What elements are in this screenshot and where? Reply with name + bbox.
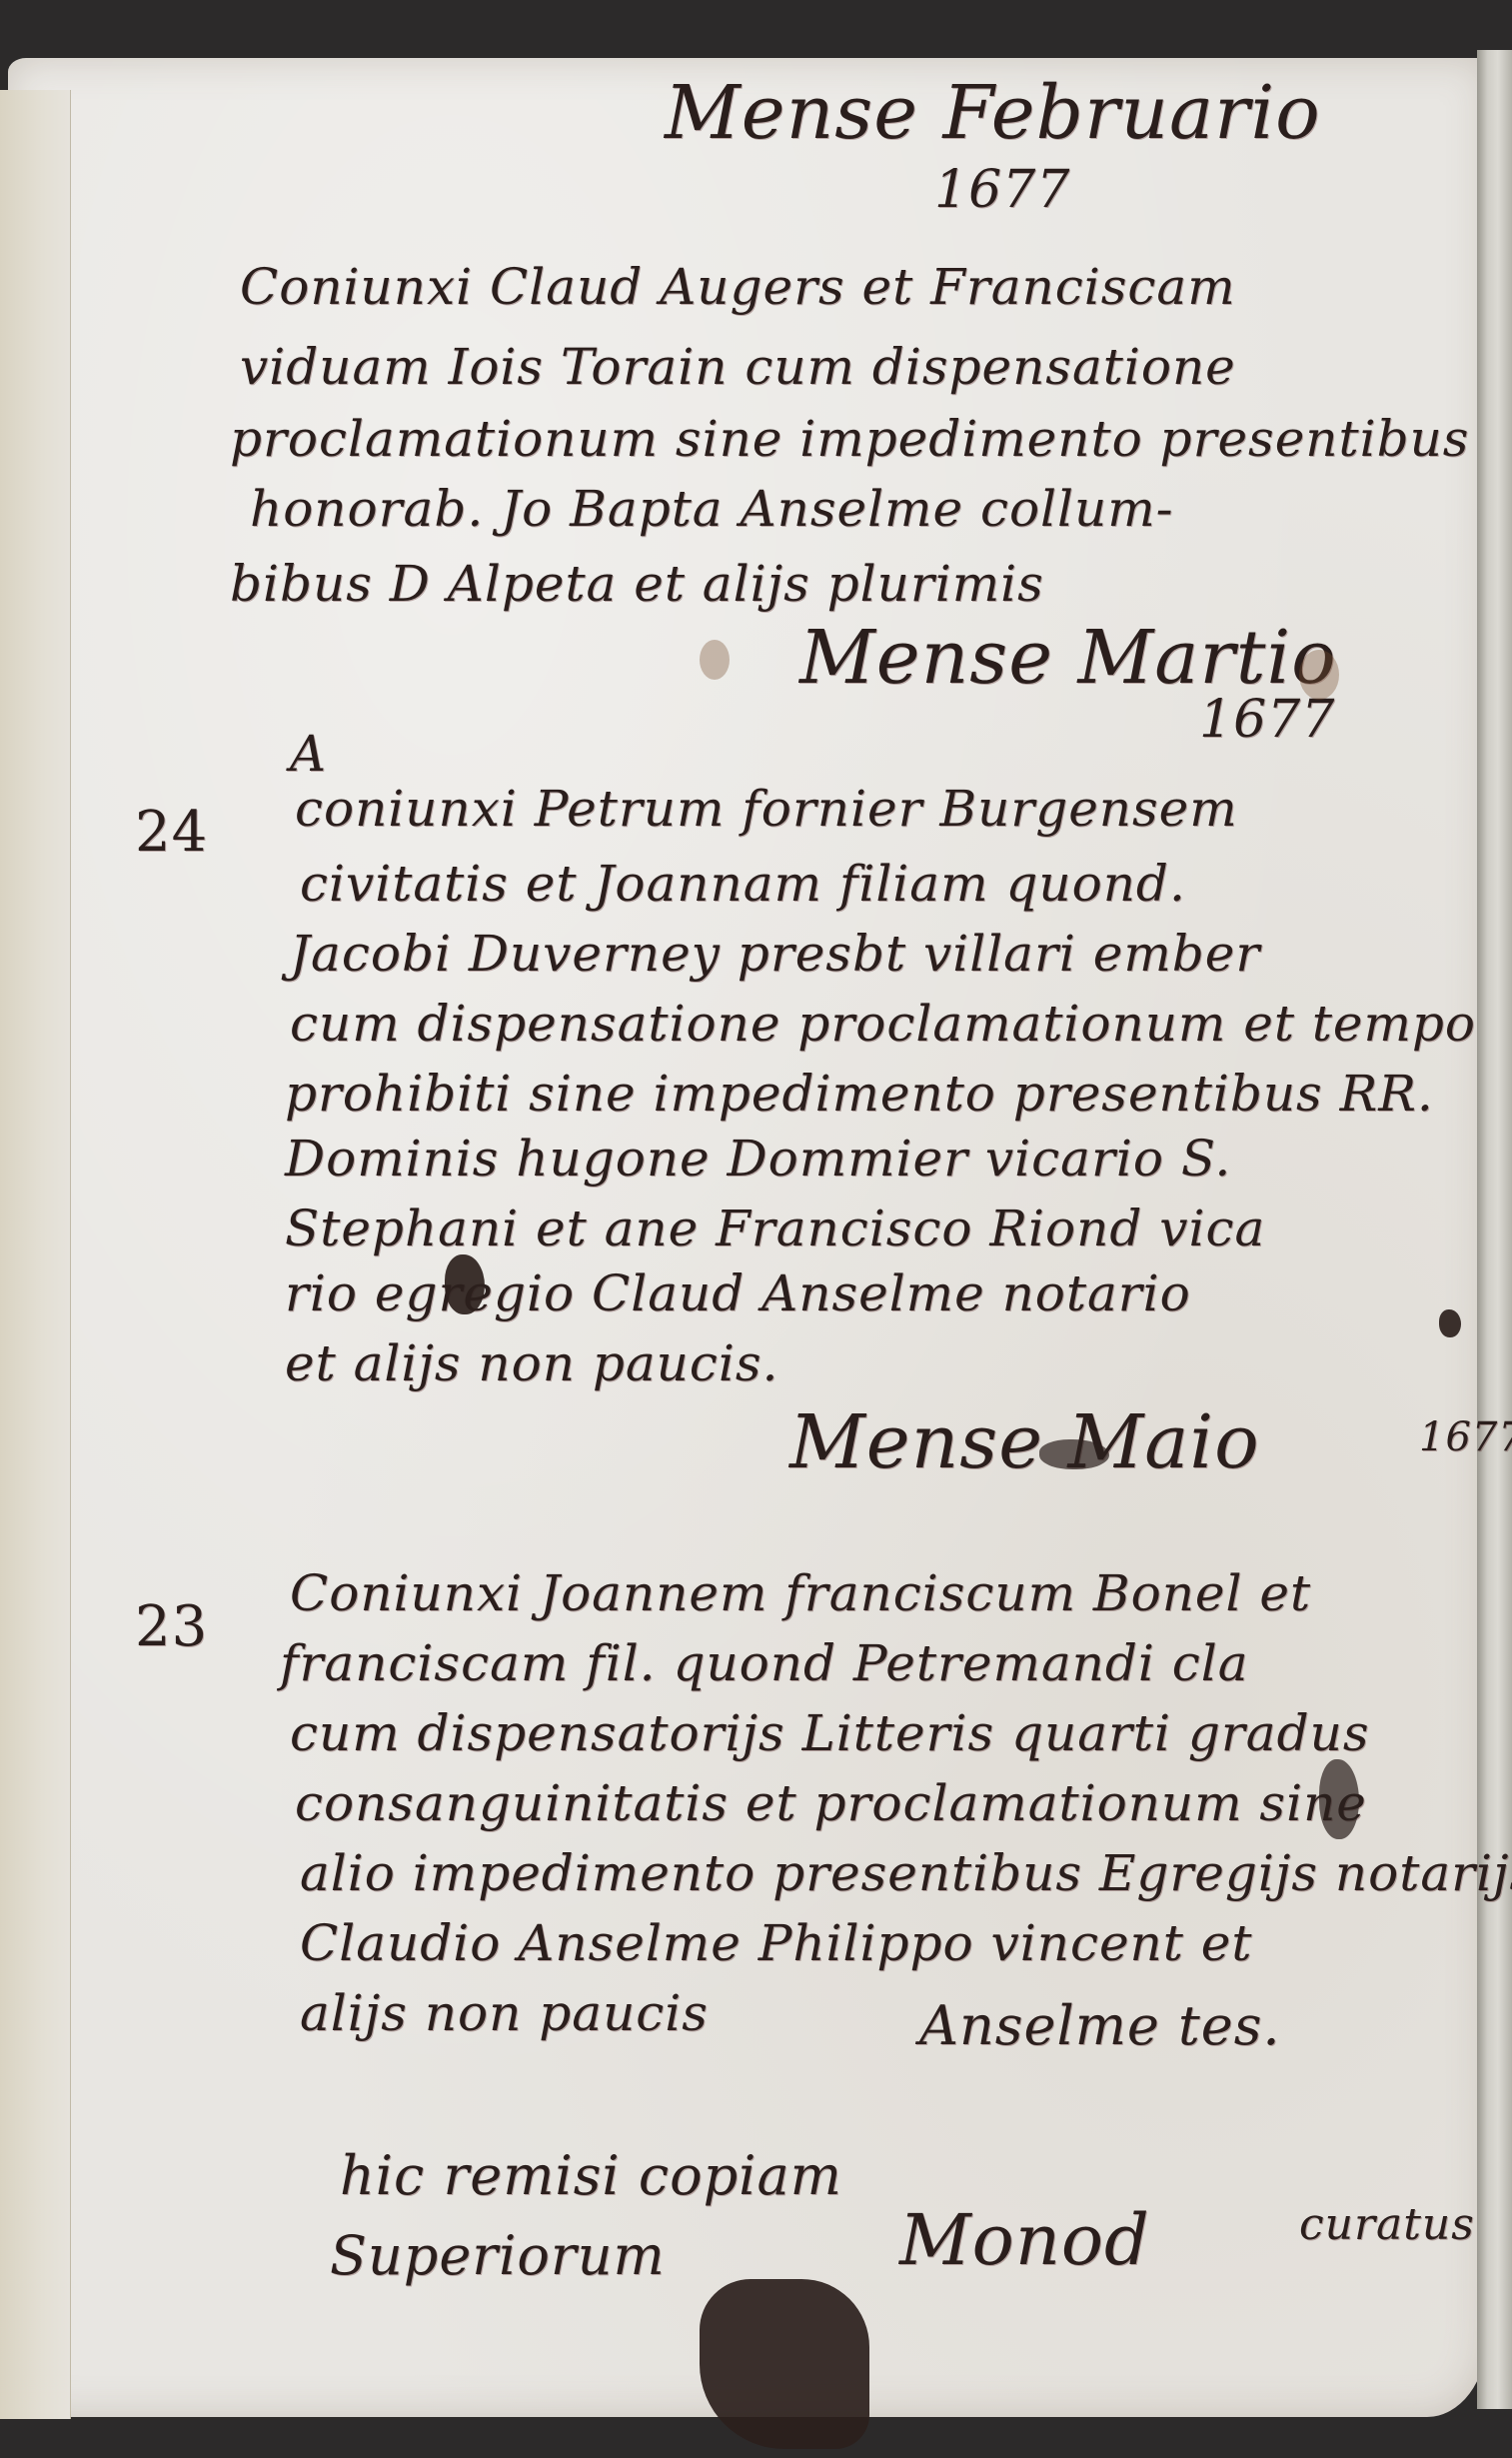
entry-line: prohibiti sine impedimento presentibus R… (285, 1065, 1434, 1123)
curate-signature: Monod (899, 2199, 1150, 2281)
entry-line: bibus D Alpeta et alijs plurimis (230, 555, 1044, 613)
entry-day-number: 23 (135, 1594, 208, 1659)
entry-line: Coniunxi Claud Augers et Franciscam (240, 258, 1236, 316)
entry-line: Claudio Anselme Philippo vincent et (300, 1914, 1252, 1972)
binding-edge (1477, 50, 1512, 2409)
closing-line: hic remisi copiam (340, 2144, 842, 2207)
witness-signature: Anselme tes. (919, 1994, 1281, 2057)
stain (700, 640, 730, 680)
ink-blot (1039, 1439, 1109, 1469)
entry-line: proclamationum sine impedimento presenti… (230, 410, 1469, 468)
closing-line: Superiorum (330, 2224, 666, 2287)
entry-line: Jacobi Duverney presbt villari ember (290, 925, 1260, 983)
entry-line: honorab. Jo Bapta Anselme collum- (250, 480, 1174, 538)
entry-line: consanguinitatis et proclamationum sine (295, 1774, 1367, 1832)
entry-line: viduam Iois Torain cum dispensatione (240, 338, 1236, 396)
ink-blot (1439, 1309, 1461, 1337)
entry-line: et alijs non paucis. (285, 1334, 778, 1392)
ink-blot (700, 2279, 869, 2449)
entry-line: Coniunxi Joannem franciscum Bonel et (290, 1564, 1311, 1622)
entry-line: coniunxi Petrum fornier Burgensem (295, 780, 1238, 838)
section-heading-may: Mense Maio (789, 1399, 1260, 1485)
stain (1299, 650, 1339, 700)
ink-blot (1319, 1759, 1359, 1839)
entry-line: rio egregio Claud Anselme notario (285, 1264, 1191, 1322)
entry-line: cum dispensatorijs Litteris quarti gradu… (290, 1704, 1369, 1762)
entry-line: franciscam fil. quond Petremandi cla (280, 1634, 1249, 1692)
entry-line: cum dispensatione proclamationum et temp… (290, 995, 1476, 1053)
section-year-february: 1677 (934, 160, 1070, 220)
section-year-may: 1677 (1419, 1414, 1512, 1460)
ink-blot (445, 1254, 485, 1314)
entry-line: alijs non paucis (300, 1984, 709, 2042)
entry-line: civitatis et Joannam filiam quond. (300, 855, 1186, 913)
entry-line: Dominis hugone Dommier vicario S. (285, 1130, 1231, 1188)
entry-line: alio impedimento presentibus Egregijs no… (300, 1844, 1512, 1902)
entry-day-number: 24 (135, 800, 208, 865)
entry-line: Stephani et ane Francisco Riond vica (285, 1200, 1265, 1257)
section-heading-february: Mense Februario (665, 70, 1321, 156)
page-left-edge (0, 90, 71, 2419)
marginal-mark: A (290, 725, 327, 783)
section-heading-march: Mense Martio (799, 615, 1337, 701)
curate-title: curatus (1299, 2199, 1475, 2250)
